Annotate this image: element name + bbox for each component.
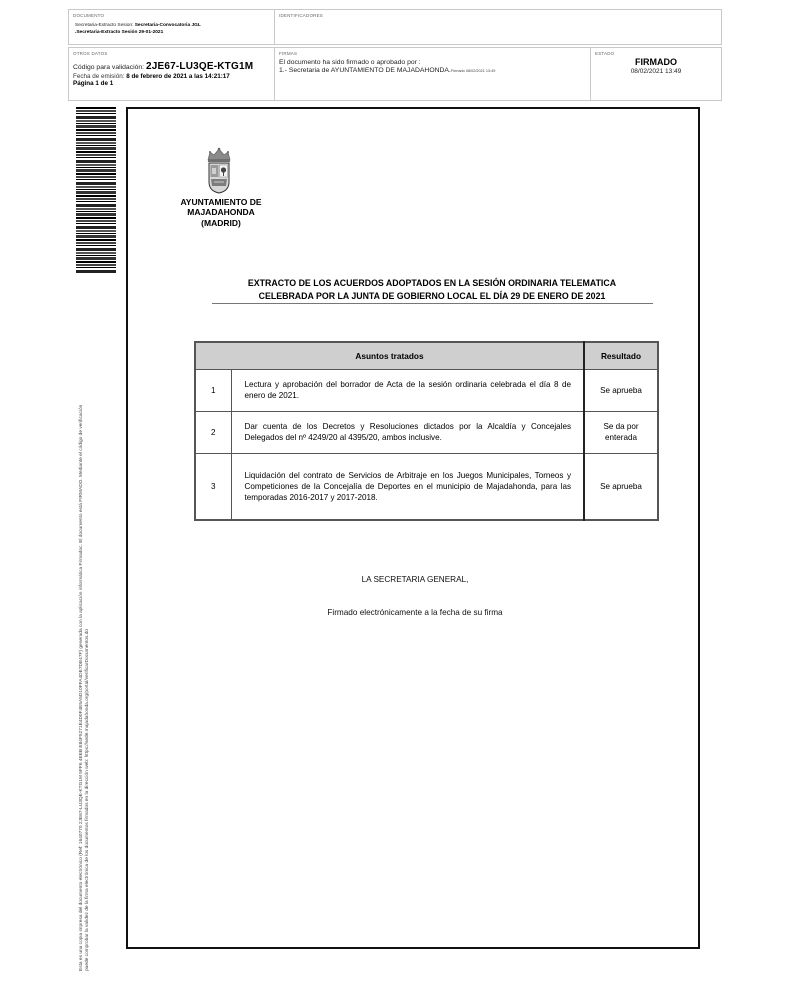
signature-note: Firmado electrónicamente a la fecha de s… [126, 608, 704, 617]
status-badge: FIRMADO [591, 57, 721, 67]
page-count: Página 1 de 1 [73, 80, 113, 87]
header-resultado: Resultado [584, 342, 658, 369]
otros-datos-caption: OTROS DATOS [73, 51, 108, 56]
agenda-table: Asuntos tratados Resultado 1 Lectura y a… [194, 341, 659, 521]
row-result: Se aprueba [584, 369, 658, 411]
firmas-signer-name: 1.- Secretaria de AYUNTAMIENTO DE MAJADA… [279, 67, 451, 74]
validation-code-value[interactable]: 2JE67-LU3QE-KTG1M [146, 61, 253, 72]
documento-box: DOCUMENTO Secretaria-Extracto Sesion: Se… [68, 9, 275, 45]
documento-line-2: .Secretaria-Extracto Sesión 29-01-2021 [75, 30, 163, 35]
documento-line-2-bold: .Secretaria-Extracto Sesión 29-01-2021 [75, 30, 163, 35]
documento-line-1-bold: Secretaria-Convocatoria JGL [135, 23, 201, 28]
header-asuntos: Asuntos tratados [195, 342, 584, 369]
estado-box: ESTADO FIRMADO 08/02/2021 13:49 [590, 47, 722, 101]
table-row: 2 Dar cuenta de los Decretos y Resolucio… [195, 411, 658, 453]
validation-code: Código para validación: 2JE67-LU3QE-KTG1… [73, 61, 253, 72]
firmas-box: FIRMAS El documento ha sido firmado o ap… [274, 47, 591, 101]
emission-date: Fecha de emisión: 8 de febrero de 2021 a… [73, 73, 230, 80]
row-number: 3 [195, 453, 231, 520]
document-page [126, 107, 700, 949]
row-description: Lectura y aprobación del borrador de Act… [231, 369, 584, 411]
documento-line-1: Secretaria-Extracto Sesion: Secretaria-C… [75, 23, 201, 28]
row-number: 2 [195, 411, 231, 453]
identificadores-box: IDENTIFICADORES [274, 9, 722, 45]
emission-date-label: Fecha de emisión: [73, 73, 126, 80]
estado-caption: ESTADO [595, 51, 614, 56]
firmas-signed-date: Firmado 08/02/2021 13:49 [451, 69, 496, 73]
identificadores-caption: IDENTIFICADORES [279, 13, 323, 18]
coat-of-arms-icon [204, 146, 234, 194]
row-result: Se da por enterada [584, 411, 658, 453]
documento-caption: DOCUMENTO [73, 13, 104, 18]
document-title-line-2: CELEBRADA POR LA JUNTA DE GOBIERNO LOCAL… [212, 291, 652, 301]
status-date: 08/02/2021 13:49 [591, 68, 721, 75]
documento-line-1-prefix: Secretaria-Extracto Sesion: [75, 23, 135, 28]
otros-datos-box: OTROS DATOS Código para validación: 2JE6… [68, 47, 275, 101]
org-name-line-2: MAJADAHONDA [168, 207, 274, 217]
row-result: Se aprueba [584, 453, 658, 520]
org-name-line-1: AYUNTAMIENTO DE [168, 197, 274, 207]
verification-notice-line-2: puede comprobar la validez de la firma e… [85, 271, 91, 971]
validation-code-label: Código para validación: [73, 64, 146, 71]
org-name-line-3: (MADRID) [168, 218, 274, 228]
row-description: Dar cuenta de los Decretos y Resolucione… [231, 411, 584, 453]
signature-title: LA SECRETARIA GENERAL, [126, 575, 704, 584]
barcode-icon [76, 107, 116, 274]
emission-date-value: 8 de febrero de 2021 a las 14:21:17 [126, 73, 230, 80]
row-number: 1 [195, 369, 231, 411]
table-row: 1 Lectura y aprobación del borrador de A… [195, 369, 658, 411]
verification-notice: Esta es una copia impresa del documento … [79, 271, 91, 971]
agenda-header-row: Asuntos tratados Resultado [195, 342, 658, 369]
document-title-line-1: EXTRACTO DE LOS ACUERDOS ADOPTADOS EN LA… [212, 278, 652, 288]
firmas-intro: El documento ha sido firmado o aprobado … [279, 59, 421, 66]
firmas-signer: 1.- Secretaria de AYUNTAMIENTO DE MAJADA… [279, 67, 495, 74]
row-description: Liquidación del contrato de Servicios de… [231, 453, 584, 520]
table-row: 3 Liquidación del contrato de Servicios … [195, 453, 658, 520]
title-divider [212, 303, 653, 304]
firmas-caption: FIRMAS [279, 51, 297, 56]
